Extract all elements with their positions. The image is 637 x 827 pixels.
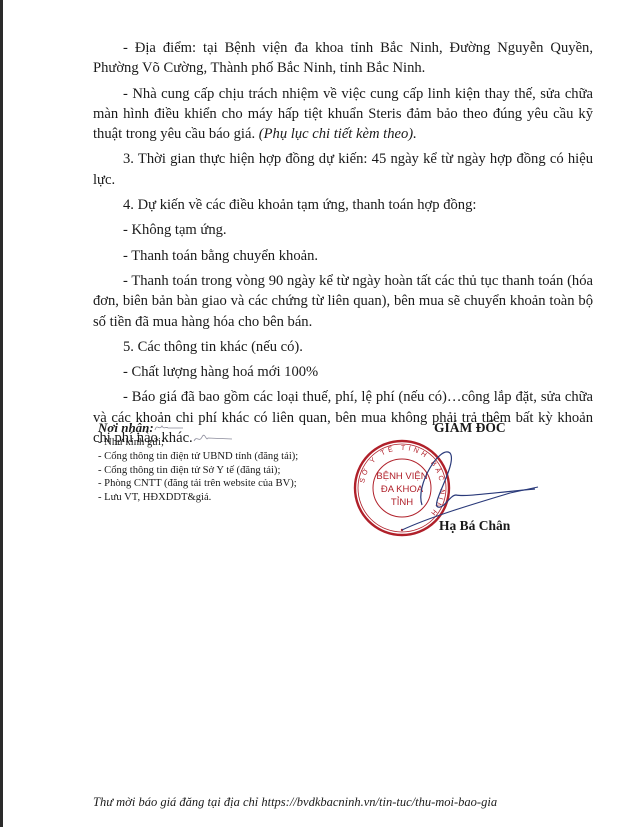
document-body: - Địa điểm: tại Bệnh viện đa khoa tỉnh B… (93, 38, 593, 448)
paragraph-contract-duration: 3. Thời gian thực hiện hợp đồng dự kiến:… (93, 149, 593, 190)
paragraph-bank-transfer: - Thanh toán bằng chuyển khoản. (93, 246, 593, 266)
recipient-item: - Cổng thông tin điện tử UBND tỉnh (đăng… (98, 450, 358, 464)
paragraph-location: - Địa điểm: tại Bệnh viện đa khoa tỉnh B… (93, 38, 593, 79)
paragraph-payment-period: - Thanh toán trong vòng 90 ngày kể từ ng… (93, 271, 593, 332)
recipients-scribble-icon (154, 422, 184, 432)
paragraph-payment-terms: 4. Dự kiến về các điều khoản tạm ứng, th… (93, 195, 593, 215)
appendix-note: (Phụ lục chi tiết kèm theo). (259, 126, 417, 142)
recipient-item: - Phòng CNTT (đăng tải trên website của … (98, 477, 358, 491)
page-left-edge (0, 0, 3, 827)
paragraph-no-advance: - Không tạm ứng. (93, 220, 593, 240)
paragraph-supplier-responsibility: - Nhà cung cấp chịu trách nhiệm về việc … (93, 84, 593, 145)
footer-note: Thư mời báo giá đăng tại địa chỉ https:/… (93, 795, 497, 810)
recipients-title-text: Nơi nhận: (98, 420, 154, 435)
recipient-item: - Lưu VT, HĐXDDT&giá. (98, 491, 358, 505)
signer-name: Hạ Bá Chân (439, 518, 510, 534)
recipients-title: Nơi nhận: (98, 420, 358, 436)
paragraph-quality: - Chất lượng hàng hoá mới 100% (93, 362, 593, 382)
recipient-item: - Cổng thông tin điện tử Sở Y tế (đăng t… (98, 464, 358, 478)
recipients-block: Nơi nhận: - Như kính gửi; - Cổng thông t… (98, 420, 358, 505)
recipient-item: - Như kính gửi; (98, 436, 358, 450)
paragraph-other-info: 5. Các thông tin khác (nếu có). (93, 337, 593, 357)
signer-title: GIÁM ĐỐC (434, 420, 506, 436)
